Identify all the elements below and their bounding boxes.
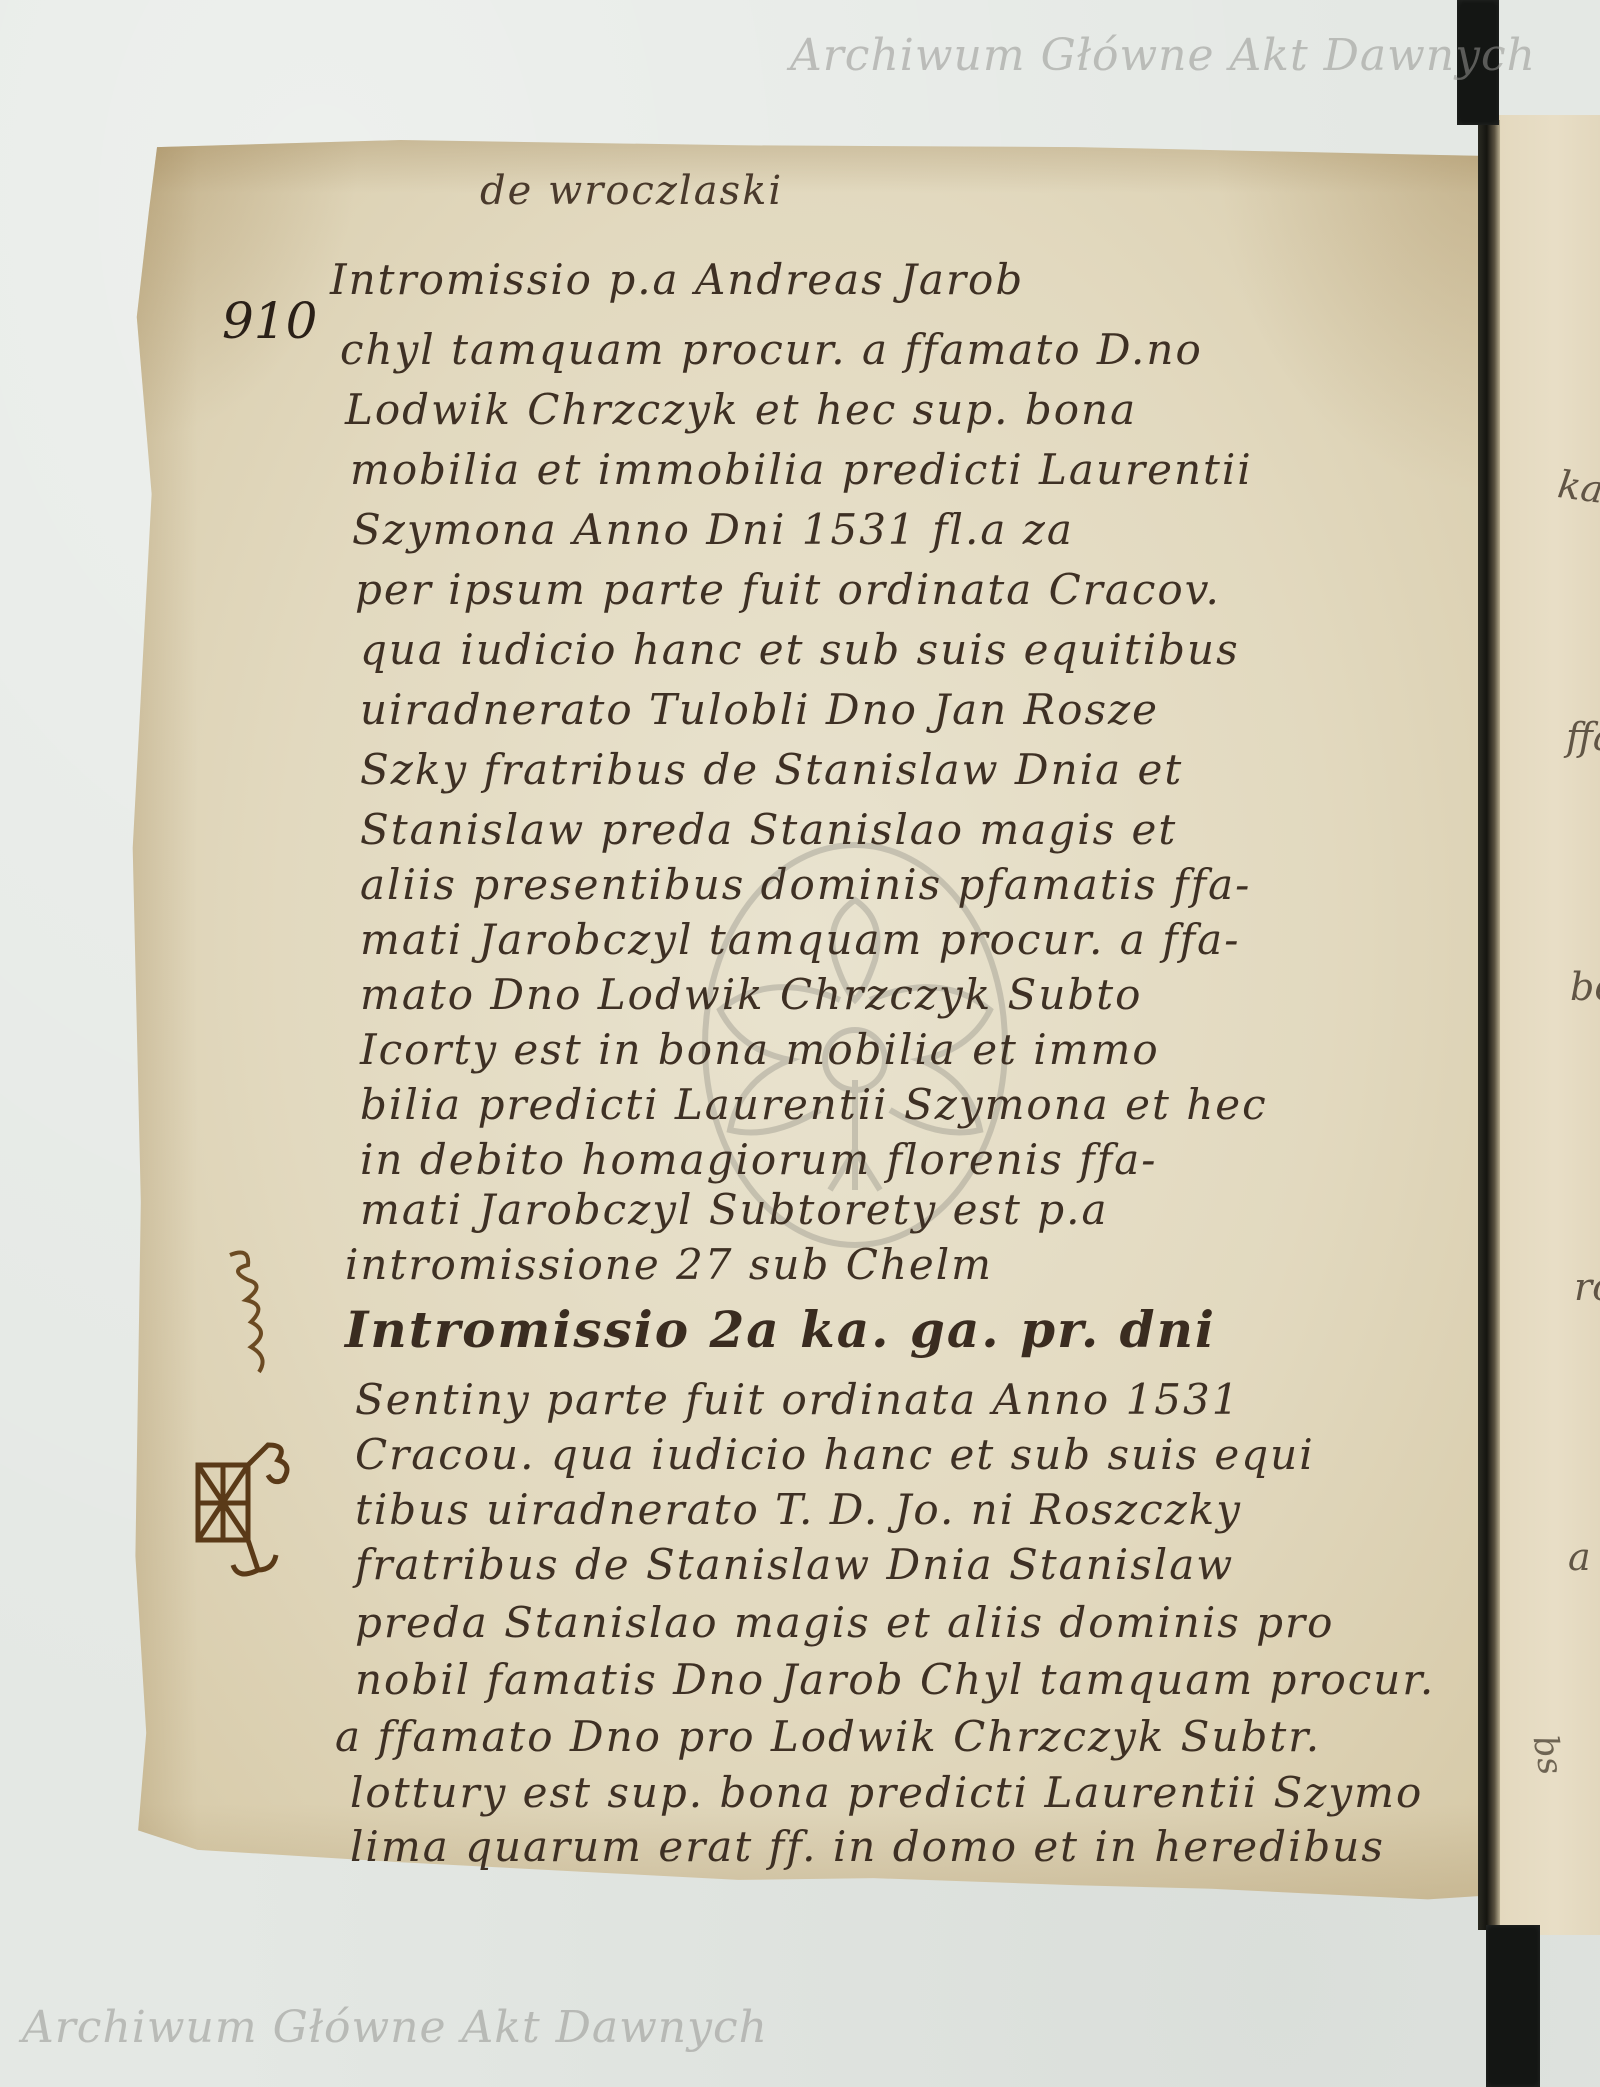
right-page-fragment: bs (1525, 1732, 1571, 1778)
archive-eagle-stamp-icon (690, 830, 1020, 1260)
right-page-fragment: be (1570, 965, 1600, 1009)
right-page-fragment: ffa (1566, 715, 1600, 759)
book-gutter (1478, 120, 1500, 1930)
archive-watermark-top: Archiwum Główne Akt Dawnych (790, 30, 1536, 81)
folio-number: 910 (222, 292, 317, 350)
marginal-numeral-mark-icon (210, 1245, 270, 1385)
merchant-mark-icon (188, 1435, 298, 1585)
adjacent-page-right: ka ffa be rcr a bs (1488, 115, 1600, 1935)
right-page-fragment: ka (1555, 462, 1600, 512)
right-page-fragment: rcr (1574, 1265, 1600, 1309)
binding-strip-bottom (1486, 1925, 1540, 2087)
right-page-fragment: a (1568, 1535, 1591, 1579)
archive-watermark-bottom: Archiwum Główne Akt Dawnych (22, 2002, 768, 2053)
